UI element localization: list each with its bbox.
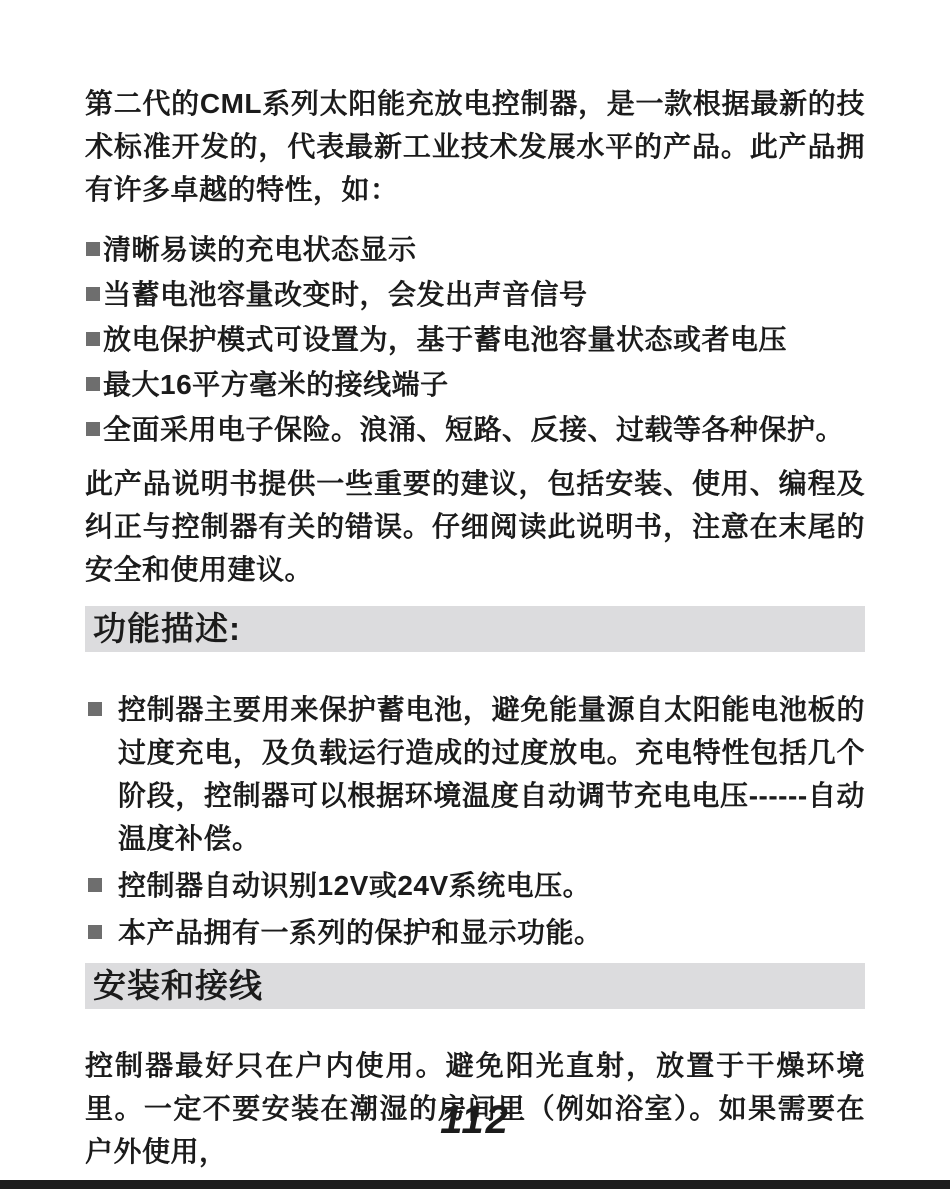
feature-list: 清晰易读的充电状态显示 当蓄电池容量改变时，会发出声音信号 放电保护模式可设置为… — [85, 228, 865, 451]
section-title-installation-wiring: 安装和接线 — [85, 963, 865, 1009]
footer-bar — [0, 1180, 950, 1189]
list-item: 本产品拥有一系列的保护和显示功能。 — [85, 911, 865, 954]
list-item: 最大16平方毫米的接线端子 — [85, 363, 865, 406]
list-item: 控制器自动识别12V或24V系统电压。 — [85, 864, 865, 907]
function-list: 控制器主要用来保护蓄电池，避免能量源自太阳能电池板的过度充电，及负载运行造成的过… — [85, 688, 865, 954]
section-title-function-description: 功能描述: — [85, 606, 865, 652]
list-item: 全面采用电子保险。浪涌、短路、反接、过载等各种保护。 — [85, 408, 865, 451]
manual-note-paragraph: 此产品说明书提供一些重要的建议，包括安装、使用、编程及纠正与控制器有关的错误。仔… — [85, 462, 865, 591]
intro-paragraph: 第二代的CML系列太阳能充放电控制器，是一款根据最新的技术标准开发的，代表最新工… — [85, 82, 865, 211]
list-item: 当蓄电池容量改变时，会发出声音信号 — [85, 273, 865, 316]
list-item: 清晰易读的充电状态显示 — [85, 228, 865, 271]
list-item: 控制器主要用来保护蓄电池，避免能量源自太阳能电池板的过度充电，及负载运行造成的过… — [85, 688, 865, 860]
manual-page: 第二代的CML系列太阳能充放电控制器，是一款根据最新的技术标准开发的，代表最新工… — [85, 0, 865, 1173]
list-item: 放电保护模式可设置为，基于蓄电池容量状态或者电压 — [85, 318, 865, 361]
page-number: 112 — [0, 1098, 950, 1143]
